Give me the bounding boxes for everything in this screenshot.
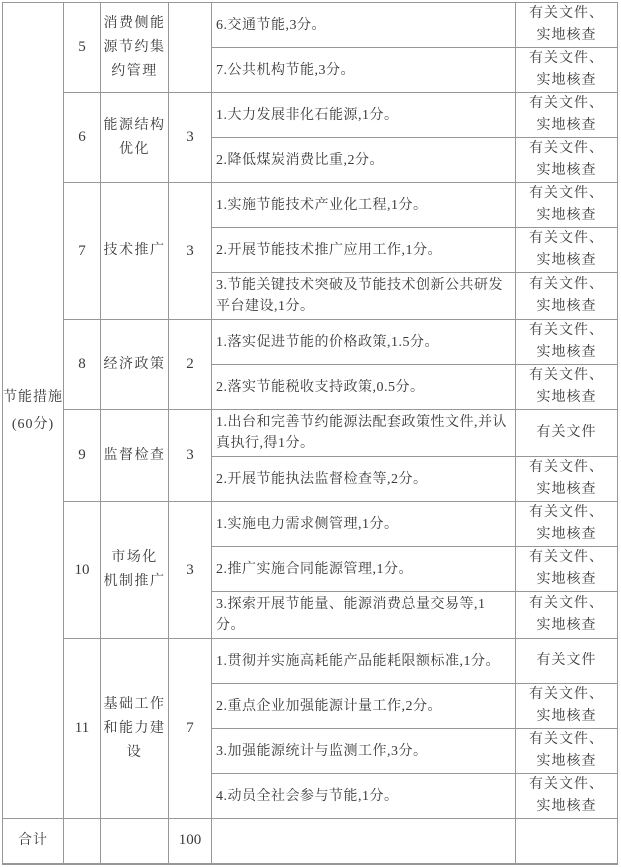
item-cell: 2.落实节能税收支持政策,0.5分。 <box>212 365 516 410</box>
row-number-cell: 7 <box>64 183 101 320</box>
row-number-cell: 6 <box>64 93 101 183</box>
category-cell: 市场化 机制推广 <box>101 502 169 639</box>
item-cell: 1.出台和完善节约能源法配套政策性文件,并认真执行,得1分。 <box>212 410 516 457</box>
verify-cell: 有关文件、 实地核查 <box>516 592 618 639</box>
scanned-document-page: 节能措施 (60分) 5 消费侧能 源节约集 约管理 6.交通节能,3分。 有关… <box>0 0 621 867</box>
row-number-cell: 11 <box>64 639 101 819</box>
verify-cell: 有关文件 <box>516 639 618 684</box>
table-row: 6 能源结构 优化 3 1.大力发展非化石能源,1分。 有关文件、 实地核查 <box>3 93 618 138</box>
item-cell: 1.贯彻并实施高耗能产品能耗限额标准,1分。 <box>212 639 516 684</box>
verify-cell: 有关文件、 实地核查 <box>516 320 618 365</box>
item-cell: 2.开展节能执法监督检查等,2分。 <box>212 457 516 502</box>
verify-cell: 有关文件、 实地核查 <box>516 138 618 183</box>
score-cell <box>169 3 212 93</box>
verify-cell: 有关文件、 实地核查 <box>516 93 618 138</box>
score-cell: 3 <box>169 502 212 639</box>
item-cell: 2.推广实施合同能源管理,1分。 <box>212 547 516 592</box>
item-cell: 1.大力发展非化石能源,1分。 <box>212 93 516 138</box>
verify-cell: 有关文件、 实地核查 <box>516 273 618 320</box>
assessment-table: 节能措施 (60分) 5 消费侧能 源节约集 约管理 6.交通节能,3分。 有关… <box>2 2 618 865</box>
item-cell: 3.探索开展节能量、能源消费总量交易等,1分。 <box>212 592 516 639</box>
verify-cell: 有关文件、 实地核查 <box>516 183 618 228</box>
score-cell: 3 <box>169 183 212 320</box>
verify-cell: 有关文件、 实地核查 <box>516 457 618 502</box>
verify-cell: 有关文件、 实地核查 <box>516 684 618 729</box>
category-cell: 消费侧能 源节约集 约管理 <box>101 3 169 93</box>
verify-cell: 有关文件、 实地核查 <box>516 729 618 774</box>
category-cell: 监督检查 <box>101 410 169 502</box>
verify-cell: 有关文件、 实地核查 <box>516 774 618 819</box>
row-number-cell: 5 <box>64 3 101 93</box>
table-row: 11 基础工作 和能力建 设 7 1.贯彻并实施高耗能产品能耗限额标准,1分。 … <box>3 639 618 684</box>
row-number-cell: 9 <box>64 410 101 502</box>
verify-cell: 有关文件、 实地核查 <box>516 502 618 547</box>
item-cell: 1.实施节能技术产业化工程,1分。 <box>212 183 516 228</box>
row-number-cell: 8 <box>64 320 101 410</box>
empty-cell <box>516 819 618 864</box>
table-row: 节能措施 (60分) 5 消费侧能 源节约集 约管理 6.交通节能,3分。 有关… <box>3 3 618 48</box>
verify-cell: 有关文件、 实地核查 <box>516 228 618 273</box>
row-number-cell: 10 <box>64 502 101 639</box>
item-cell: 2.开展节能技术推广应用工作,1分。 <box>212 228 516 273</box>
score-cell: 3 <box>169 93 212 183</box>
total-score-cell: 100 <box>169 819 212 864</box>
empty-cell <box>101 819 169 864</box>
score-cell: 7 <box>169 639 212 819</box>
verify-cell: 有关文件、 实地核查 <box>516 547 618 592</box>
table-row: 8 经济政策 2 1.落实促进节能的价格政策,1.5分。 有关文件、 实地核查 <box>3 320 618 365</box>
table-row: 7 技术推广 3 1.实施节能技术产业化工程,1分。 有关文件、 实地核查 <box>3 183 618 228</box>
item-cell: 1.实施电力需求侧管理,1分。 <box>212 502 516 547</box>
item-cell: 3.加强能源统计与监测工作,3分。 <box>212 729 516 774</box>
verify-cell: 有关文件、 实地核查 <box>516 48 618 93</box>
category-cell: 经济政策 <box>101 320 169 410</box>
item-cell: 1.落实促进节能的价格政策,1.5分。 <box>212 320 516 365</box>
table-row: 10 市场化 机制推广 3 1.实施电力需求侧管理,1分。 有关文件、 实地核查 <box>3 502 618 547</box>
score-cell: 2 <box>169 320 212 410</box>
group-header-cell: 节能措施 (60分) <box>3 3 64 819</box>
item-cell: 6.交通节能,3分。 <box>212 3 516 48</box>
category-cell: 基础工作 和能力建 设 <box>101 639 169 819</box>
empty-cell <box>64 819 101 864</box>
empty-cell <box>212 819 516 864</box>
total-label-cell: 合计 <box>3 819 64 864</box>
verify-cell: 有关文件、 实地核查 <box>516 365 618 410</box>
category-cell: 能源结构 优化 <box>101 93 169 183</box>
total-row: 合计 100 <box>3 819 618 864</box>
score-cell: 3 <box>169 410 212 502</box>
item-cell: 3.节能关键技术突破及节能技术创新公共研发平台建设,1分。 <box>212 273 516 320</box>
table-row: 9 监督检查 3 1.出台和完善节约能源法配套政策性文件,并认真执行,得1分。 … <box>3 410 618 457</box>
verify-cell: 有关文件 <box>516 410 618 457</box>
item-cell: 7.公共机构节能,3分。 <box>212 48 516 93</box>
category-cell: 技术推广 <box>101 183 169 320</box>
item-cell: 4.动员全社会参与节能,1分。 <box>212 774 516 819</box>
item-cell: 2.降低煤炭消费比重,2分。 <box>212 138 516 183</box>
item-cell: 2.重点企业加强能源计量工作,2分。 <box>212 684 516 729</box>
verify-cell: 有关文件、 实地核查 <box>516 3 618 48</box>
